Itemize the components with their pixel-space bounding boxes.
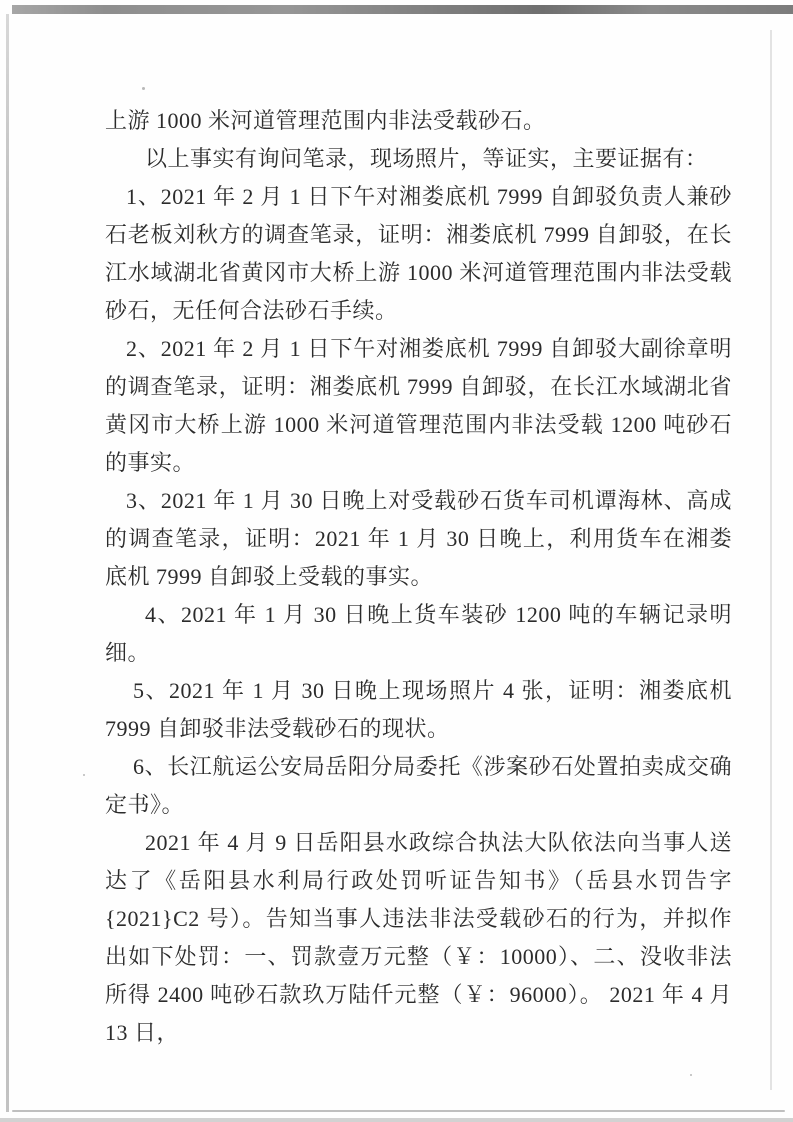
scan-speck xyxy=(142,87,145,90)
paragraph-evidence-item-5: 5、2021 年 1 月 30 日晚上现场照片 4 张，证明：湘娄底机 7999… xyxy=(105,672,732,748)
paragraph-evidence-item-1: 1、2021 年 2 月 1 日下午对湘娄底机 7999 自卸驳负责人兼砂石老板… xyxy=(105,178,732,330)
scan-speck xyxy=(690,1074,692,1076)
paragraph-penalty-notice: 2021 年 4 月 9 日岳阳县水政综合执法大队依法向当事人送达了《岳阳县水利… xyxy=(105,824,732,1052)
scan-edge-top xyxy=(12,5,793,14)
paragraph-evidence-intro: 以上事实有询问笔录，现场照片，等证实，主要证据有： xyxy=(105,140,732,178)
scan-edge-right xyxy=(770,30,772,1090)
scan-edge-bottom-line xyxy=(12,1110,785,1112)
paragraph-evidence-item-3: 3、2021 年 1 月 30 日晚上对受载砂石货车司机谭海林、高成的调查笔录，… xyxy=(105,482,732,596)
scan-speck xyxy=(83,774,85,776)
scan-edge-left xyxy=(6,14,9,1112)
document-body: 上游 1000 米河道管理范围内非法受载砂石。 以上事实有询问笔录，现场照片，等… xyxy=(105,102,732,1052)
paragraph-evidence-item-2: 2、2021 年 2 月 1 日下午对湘娄底机 7999 自卸驳大副徐章明的调查… xyxy=(105,330,732,482)
paragraph-evidence-item-4: 4、2021 年 1 月 30 日晚上货车装砂 1200 吨的车辆记录明细。 xyxy=(105,596,732,672)
scanned-page: 上游 1000 米河道管理范围内非法受载砂石。 以上事实有询问笔录，现场照片，等… xyxy=(0,0,793,1122)
scan-shadow-bottom xyxy=(0,1118,793,1122)
paragraph-continuation: 上游 1000 米河道管理范围内非法受载砂石。 xyxy=(105,102,732,140)
paragraph-evidence-item-6: 6、长江航运公安局岳阳分局委托《涉案砂石处置拍卖成交确定书》。 xyxy=(105,748,732,824)
